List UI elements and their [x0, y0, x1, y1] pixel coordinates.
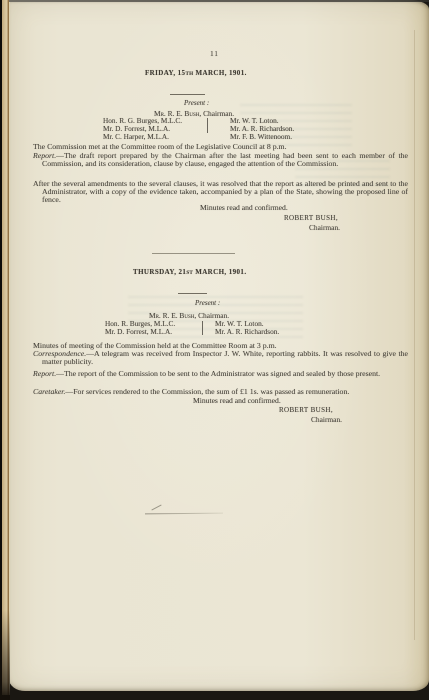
paragraph-lead: Report. [33, 369, 56, 378]
signature-title: Chairman. [311, 415, 342, 424]
members-right-column: Mr. W. T. Loton. Mr. A. R. Richardson. [203, 320, 279, 336]
minutes-paragraph: Report.—The draft report prepared by the… [33, 152, 408, 168]
heading-rule [178, 293, 207, 294]
binding-shadow [0, 610, 10, 700]
paragraph-text: —The report of the Commission to be sent… [56, 369, 380, 378]
meeting-date-heading: THURSDAY, 21ST MARCH, 1901. [133, 268, 246, 276]
members-list: Hon. R. Burges, M.L.C. Mr. D. Forrest, M… [105, 320, 279, 336]
member-name: Mr. C. Harper, M.L.A. [103, 133, 207, 141]
members-left-column: Hon. R. G. Burges, M.L.C. Mr. D. Forrest… [103, 117, 207, 141]
paragraph-text: —For services rendered to the Commission… [65, 387, 349, 396]
signature-title: Chairman. [309, 223, 340, 232]
date-text: MARCH, 1901. [193, 69, 246, 77]
minutes-paragraph: After the several amendments to the seve… [33, 180, 408, 205]
signature-name: ROBERT BUSH, [284, 214, 338, 222]
paragraph-text: —A telegram was received from Inspector … [42, 349, 408, 366]
minutes-paragraph: Report.—The report of the Commission to … [33, 370, 408, 378]
date-text: MARCH, 1901. [193, 268, 246, 276]
present-label: Present : [184, 99, 209, 107]
meeting-date-heading: FRIDAY, 15TH MARCH, 1901. [145, 69, 247, 77]
heading-rule [170, 94, 205, 95]
page-top-edge [9, 0, 429, 2]
scanned-book-page: 11 FRIDAY, 15TH MARCH, 1901. Present : M… [0, 0, 429, 700]
minutes-paragraph: Correspondence.—A telegram was received … [33, 350, 408, 366]
date-text: FRIDAY, 15 [145, 69, 185, 77]
paragraph-lead: Caretaker. [33, 387, 65, 396]
confirmation-line: Minutes read and confirmed. [200, 203, 288, 212]
members-list: Hon. R. G. Burges, M.L.C. Mr. D. Forrest… [103, 117, 294, 141]
page-number: 11 [0, 50, 429, 58]
member-name: Mr. D. Forrest, M.L.A. [105, 328, 202, 336]
paragraph-text: —The draft report prepared by the Chairm… [42, 151, 408, 168]
book-binding-edge [0, 0, 10, 695]
confirmation-line: Minutes read and confirmed. [193, 396, 281, 405]
minutes-paragraph: The Commission met at the Committee room… [33, 143, 408, 151]
member-name: Mr. A. R. Richardson. [215, 328, 279, 336]
present-label: Present : [195, 299, 220, 307]
minutes-paragraph: Caretaker.—For services rendered to the … [33, 388, 408, 396]
members-right-column: Mr. W. T. Loton. Mr. A. R. Richardson. M… [208, 117, 294, 141]
member-name: Mr. F. B. Wittenoom. [230, 133, 294, 141]
signature-name: ROBERT BUSH, [279, 406, 333, 414]
page-stack-edge [414, 30, 415, 640]
section-divider-rule [152, 253, 235, 254]
members-left-column: Hon. R. Burges, M.L.C. Mr. D. Forrest, M… [105, 320, 202, 336]
date-text: THURSDAY, 21 [133, 268, 186, 276]
